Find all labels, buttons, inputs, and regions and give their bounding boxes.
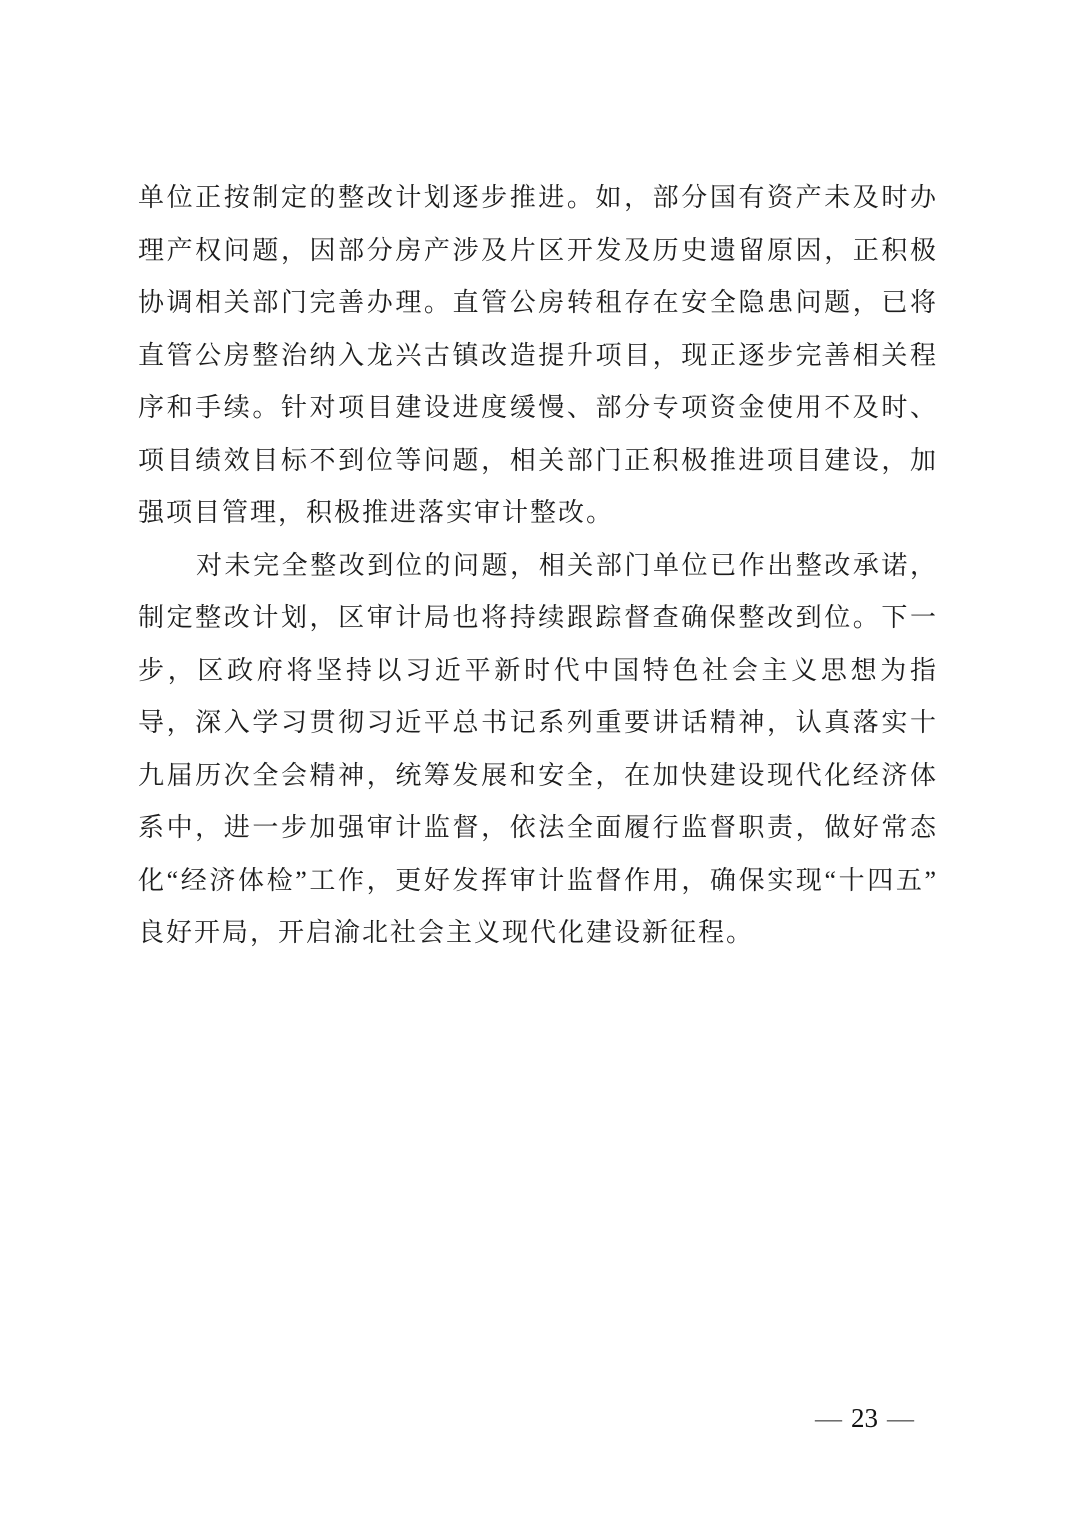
document-page: 单位正按制定的整改计划逐步推进。如，部分国有资产未及时办 理产权问题，因部分房产…	[0, 0, 1074, 1520]
text-line: 系中，进一步加强审计监督，依法全面履行监督职责，做好常态	[138, 802, 936, 855]
text-line: 化“经济体检”工作，更好发挥审计监督作用，确保实现“十四五”	[138, 855, 936, 908]
text-line: 序和手续。针对项目建设进度缓慢、部分专项资金使用不及时、	[138, 382, 936, 435]
text-line: 制定整改计划，区审计局也将持续跟踪督查确保整改到位。下一	[138, 592, 936, 645]
text-line: 直管公房整治纳入龙兴古镇改造提升项目，现正逐步完善相关程	[138, 330, 936, 383]
footer-dash-left: —	[815, 1403, 842, 1433]
text-line: 强项目管理，积极推进落实审计整改。	[138, 487, 936, 540]
text-line: 项目绩效目标不到位等问题，相关部门正积极推进项目建设，加	[138, 435, 936, 488]
text-line: 良好开局，开启渝北社会主义现代化建设新征程。	[138, 907, 936, 960]
body-text: 单位正按制定的整改计划逐步推进。如，部分国有资产未及时办 理产权问题，因部分房产…	[138, 172, 936, 960]
page-footer: —23—	[815, 1400, 914, 1436]
text-line: 单位正按制定的整改计划逐步推进。如，部分国有资产未及时办	[138, 172, 936, 225]
page-number: 23	[851, 1403, 878, 1433]
text-line: 九届历次全会精神，统筹发展和安全，在加快建设现代化经济体	[138, 750, 936, 803]
text-line: 协调相关部门完善办理。直管公房转租存在安全隐患问题，已将	[138, 277, 936, 330]
text-line: 导，深入学习贯彻习近平总书记系列重要讲话精神，认真落实十	[138, 697, 936, 750]
text-line: 理产权问题，因部分房产涉及片区开发及历史遗留原因，正积极	[138, 225, 936, 278]
text-line: 步，区政府将坚持以习近平新时代中国特色社会主义思想为指	[138, 645, 936, 698]
text-line: 对未完全整改到位的问题，相关部门单位已作出整改承诺，	[138, 540, 936, 593]
footer-dash-right: —	[887, 1403, 914, 1433]
